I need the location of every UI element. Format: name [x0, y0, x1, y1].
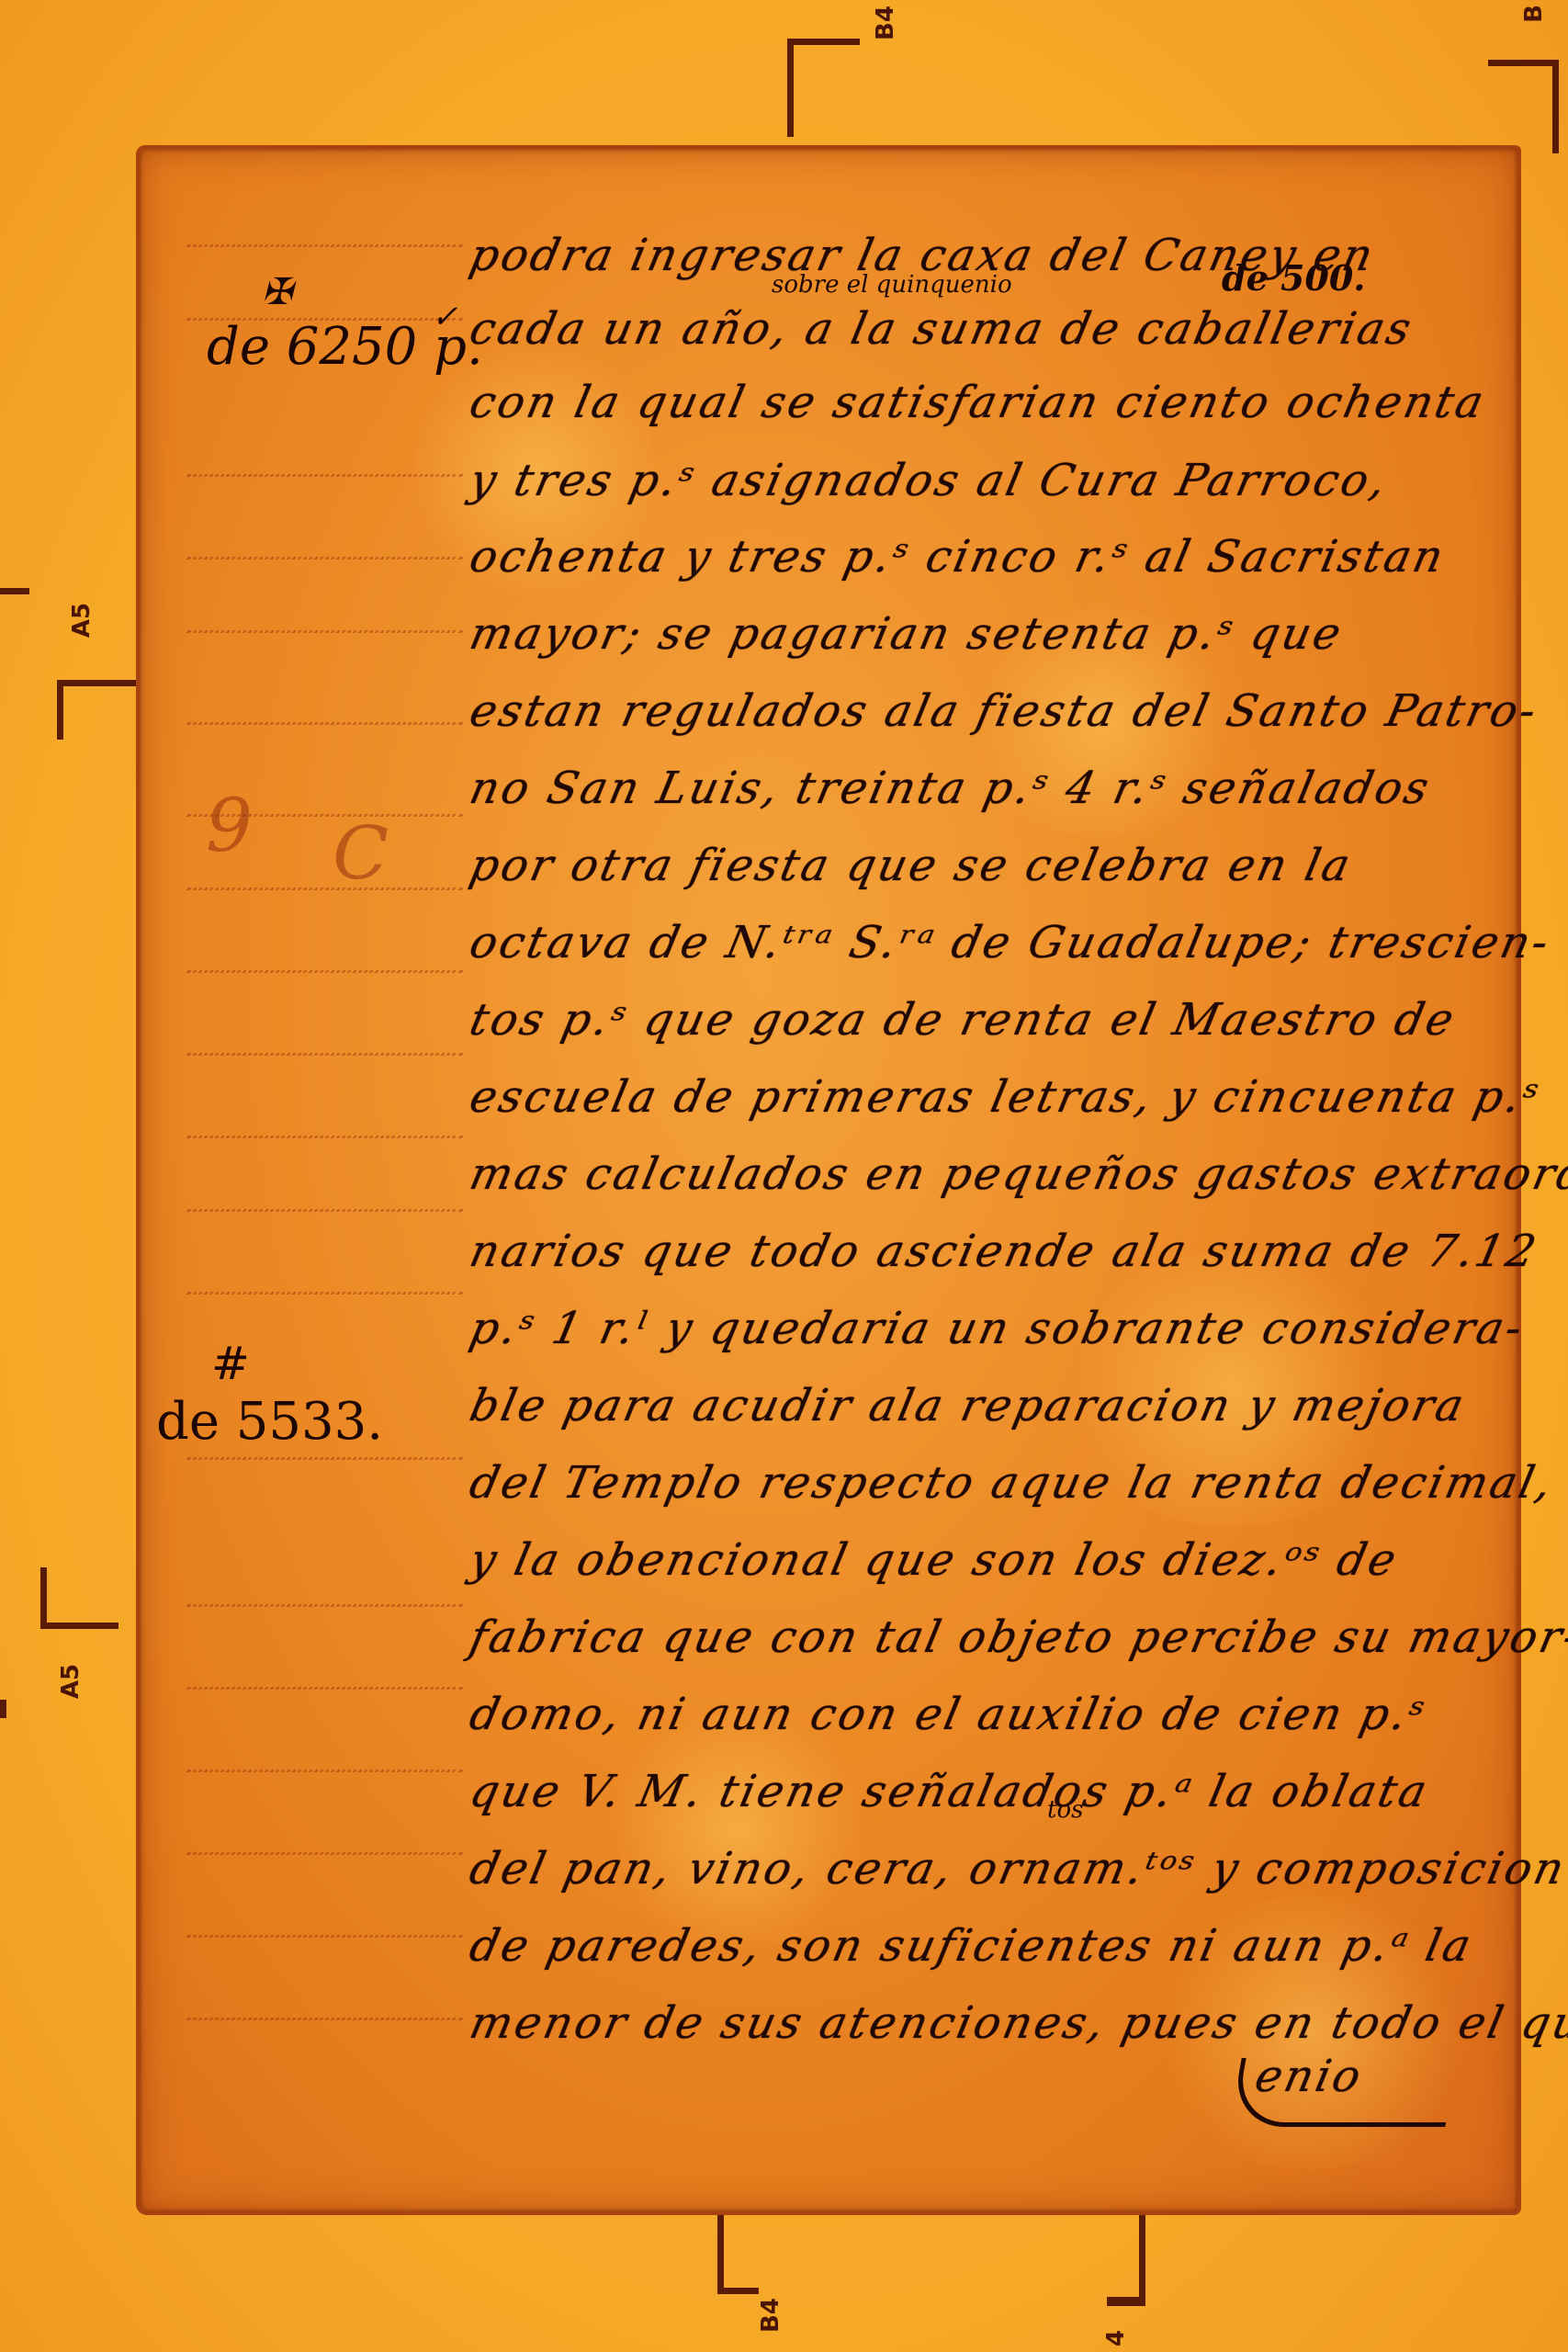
manuscript-line: que V. M. tiene señalados p.ᵃ la oblata	[460, 1766, 1495, 1839]
manuscript-line: no San Luis, treinta p.ˢ 4 r.ˢ señalados	[460, 763, 1495, 836]
crop-mark-top-right	[1488, 60, 1559, 153]
manuscript-line: p.ˢ 1 r.ˡ y quedaria un sobrante conside…	[460, 1303, 1495, 1376]
manuscript-line: del Templo respecto aque la renta decima…	[460, 1457, 1495, 1531]
margin-mark-cross: ✠	[262, 271, 293, 313]
margin-amount-lower: de 5533.	[156, 1392, 383, 1452]
bleed-through-line	[186, 1665, 479, 1690]
crop-label-top-center: B4	[872, 6, 899, 40]
crop-mark-bottom-right	[1107, 2210, 1145, 2306]
crop-mark-left-upper	[57, 680, 146, 740]
manuscript-line: octava de N.ᵗʳᵃ S.ʳᵃ de Guadalupe; tresc…	[460, 917, 1495, 990]
crop-mark-left-tick-lower	[0, 1700, 6, 1718]
bleed-through-letter: C	[333, 810, 389, 896]
bleed-through-line	[186, 1913, 479, 1938]
crop-label-bottom-right: 4	[1102, 2330, 1130, 2346]
manuscript-line: mayor; se pagarian setenta p.ˢ que	[460, 608, 1495, 682]
manuscript-line: y tres p.ˢ asignados al Cura Parroco,	[460, 455, 1495, 528]
manuscript-line: fabrica que con tal objeto percibe su ma…	[460, 1611, 1495, 1685]
crop-label-bottom-center: B4	[757, 2298, 784, 2333]
crop-label-left-upper: A5	[68, 603, 96, 638]
bleed-through-line	[186, 1830, 479, 1855]
bleed-through-letter: 9	[206, 783, 253, 868]
manuscript-line: ble para acudir ala reparacion y mejora	[460, 1380, 1495, 1453]
bleed-through-line	[186, 1031, 479, 1056]
manuscript-line: domo, ni aun con el auxilio de cien p.ˢ	[460, 1689, 1495, 1762]
manuscript-line: narios que todo asciende ala suma de 7.1…	[460, 1226, 1495, 1299]
crop-mark-left-lower	[40, 1567, 118, 1629]
bleed-through-line	[186, 700, 479, 725]
manuscript-line: mas calculados en pequeños gastos extrao…	[460, 1148, 1495, 1222]
manuscript-line: por otra fiesta que se celebra en la	[460, 840, 1495, 913]
margin-hash-mark: #	[211, 1337, 250, 1390]
bleed-through-line	[186, 1996, 479, 2020]
manuscript-line: del pan, vino, cera, ornam.ᵗᵒˢ y composi…	[460, 1843, 1495, 1917]
catchword-flourish	[1229, 2058, 1457, 2127]
manuscript-line: escuela de primeras letras, y cincuenta …	[460, 1071, 1495, 1145]
margin-amount-top: de 6250 p.	[207, 317, 483, 377]
bleed-through-line	[186, 535, 479, 560]
crop-mark-top-left	[787, 39, 860, 137]
bleed-through-line	[186, 222, 479, 247]
bleed-through-line	[186, 1270, 479, 1295]
bleed-through-line	[186, 1187, 479, 1212]
manuscript-line: y la obencional que son los diez.ᵒˢ de	[460, 1534, 1495, 1608]
manuscript-line: de paredes, son suficientes ni aun p.ᵃ l…	[460, 1920, 1495, 1994]
bleed-through-line	[186, 1747, 479, 1772]
crop-label-top-right: B	[1520, 5, 1548, 23]
manuscript-line: estan regulados ala fiesta del Santo Pat…	[460, 685, 1495, 759]
manuscript-line: ochenta y tres p.ˢ cinco r.ˢ al Sacrista…	[460, 531, 1495, 605]
bleed-through-line	[186, 452, 479, 477]
bleed-through-line	[186, 608, 479, 633]
manuscript-line: podra ingresar la caxa del Caney en	[460, 230, 1495, 303]
manuscript-line: tos p.ˢ que goza de renta el Maestro de	[460, 994, 1495, 1068]
crop-mark-left-tick-upper	[0, 588, 29, 594]
manuscript-line: cada un año, a la suma de caballerias	[460, 303, 1495, 377]
manuscript-line: con la qual se satisfarian ciento ochent…	[460, 377, 1495, 450]
bleed-through-line	[186, 1114, 479, 1138]
crop-label-left-lower: A5	[57, 1664, 85, 1699]
bleed-through-line	[186, 1582, 479, 1607]
bleed-through-line	[186, 948, 479, 973]
